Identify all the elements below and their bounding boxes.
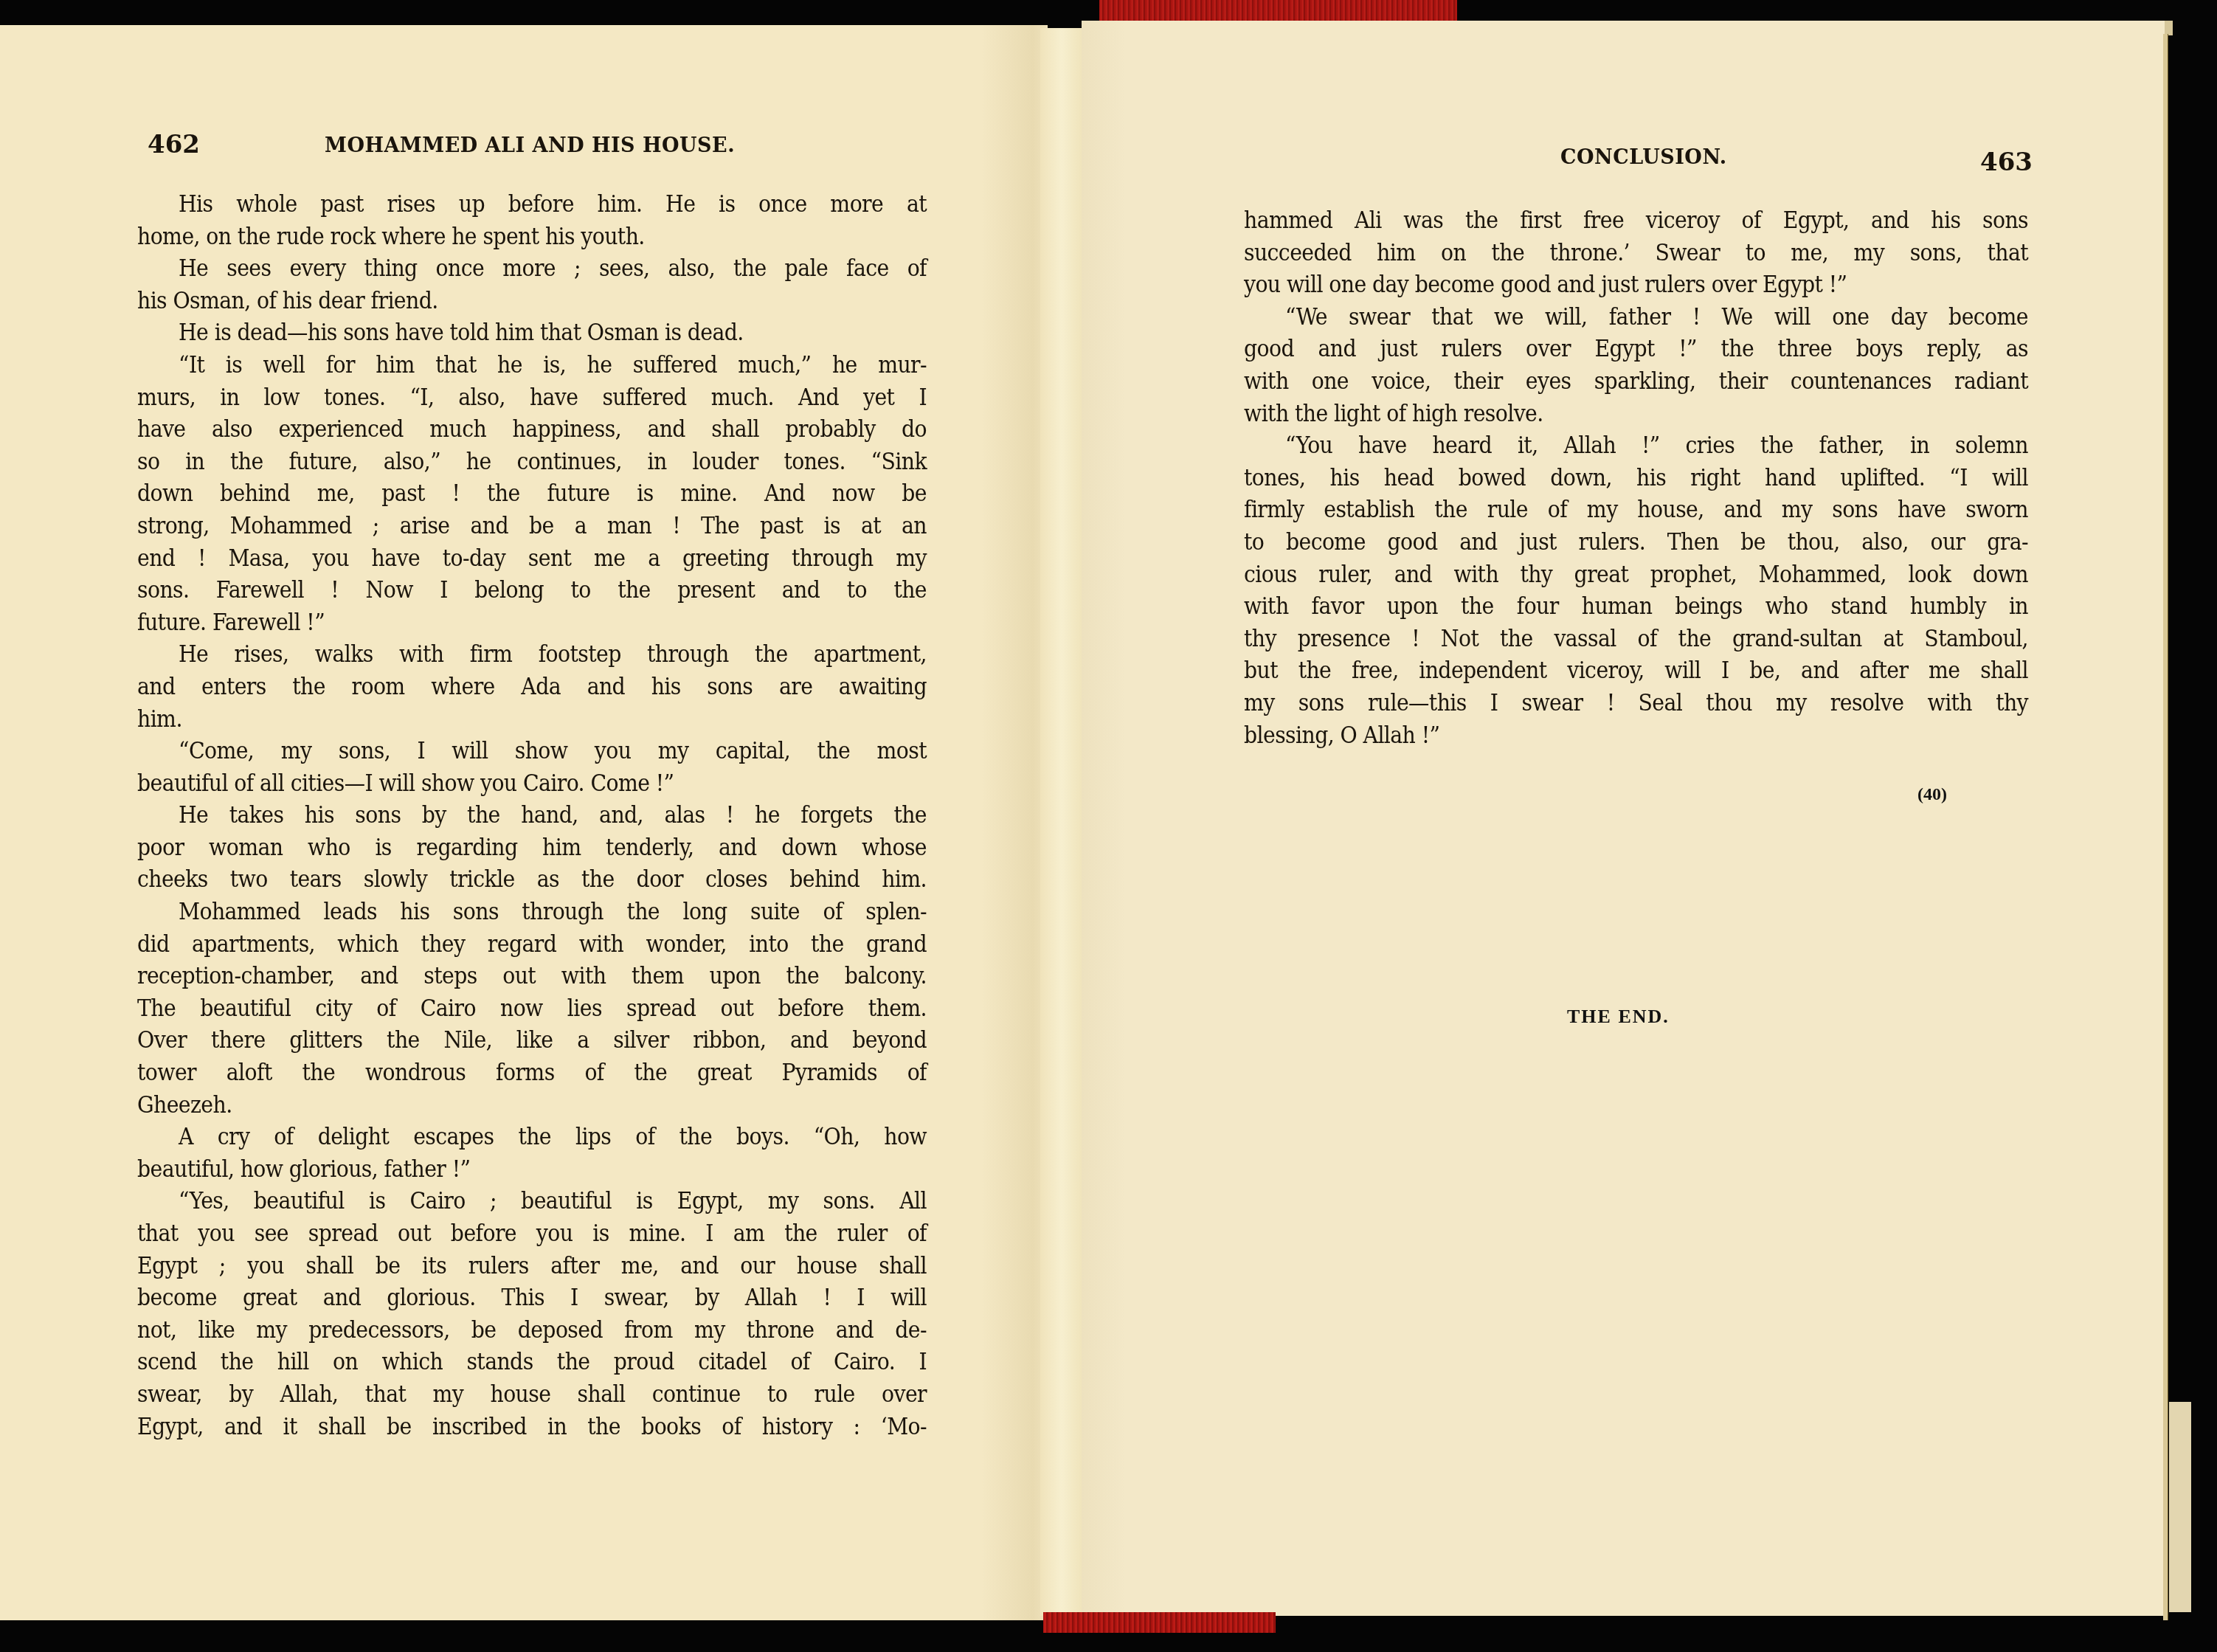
text-line: “It is well for him that he is, he suffe… <box>137 350 927 382</box>
text-line: cious ruler, and with thy great prophet,… <box>1244 559 2028 592</box>
text-line: that you see spread out before you is mi… <box>137 1218 927 1251</box>
book-gutter <box>1040 28 1085 1616</box>
text-line: to become good and just rulers. Then be … <box>1244 527 2028 559</box>
text-line: He takes his sons by the hand, and, alas… <box>137 800 927 832</box>
text-line: “Come, my sons, I will show you my capit… <box>137 736 927 768</box>
text-line: end ! Masa, you have to-day sent me a gr… <box>137 543 927 576</box>
text-line: “You have heard it, Allah !” cries the f… <box>1244 430 2028 463</box>
text-line: my sons rule—this I swear ! Seal thou my… <box>1244 688 2028 720</box>
text-line: Over there glitters the Nile, like a sil… <box>137 1025 927 1057</box>
cover-board-edge <box>2169 1402 2191 1612</box>
text-line: so in the future, also,” he continues, i… <box>137 446 927 479</box>
page-fore-edge <box>2163 34 2168 1620</box>
text-line: A cry of delight escapes the lips of the… <box>137 1122 927 1154</box>
text-line: down behind me, past ! the future is min… <box>137 478 927 511</box>
text-line: you will one day become good and just ru… <box>1244 269 2028 302</box>
text-line: his Osman, of his dear friend. <box>137 286 927 318</box>
text-line: beautiful, how glorious, father !” <box>137 1154 927 1186</box>
text-line: Egypt ; you shall be its rulers after me… <box>137 1251 927 1283</box>
book-scan: 462 MOHAMMED ALI AND HIS HOUSE. His whol… <box>0 0 2217 1652</box>
text-line: have also experienced much happiness, an… <box>137 414 927 446</box>
the-end-label: THE END. <box>1567 1006 1670 1028</box>
text-line: cheeks two tears slowly trickle as the d… <box>137 864 927 896</box>
text-line: He is dead—his sons have told him that O… <box>137 317 927 350</box>
binding-spine-top <box>1099 0 1457 22</box>
text-line: succeeded him on the throne.’ Swear to m… <box>1244 238 2028 270</box>
text-line: reception-chamber, and steps out with th… <box>137 961 927 993</box>
text-line: with one voice, their eyes sparkling, th… <box>1244 366 2028 398</box>
text-line: him. <box>137 704 927 736</box>
text-line: sons. Farewell ! Now I belong to the pre… <box>137 575 927 607</box>
right-page: CONCLUSION. 463 hammed Ali was the first… <box>1082 21 2165 1616</box>
text-line: His whole past rises up before him. He i… <box>137 189 927 221</box>
text-line: good and just rulers over Egypt !” the t… <box>1244 333 2028 366</box>
text-line: blessing, O Allah !” <box>1244 720 2028 753</box>
text-line: but the free, independent viceroy, will … <box>1244 655 2028 688</box>
text-line: with the light of high resolve. <box>1244 398 2028 431</box>
text-line: strong, Mohammed ; arise and be a man ! … <box>137 511 927 543</box>
text-line: He rises, walks with firm footstep throu… <box>137 639 927 671</box>
text-line: Mohammed leads his sons through the long… <box>137 896 927 929</box>
text-line: not, like my predecessors, be deposed fr… <box>137 1315 927 1347</box>
left-page: 462 MOHAMMED ALI AND HIS HOUSE. His whol… <box>0 25 1048 1620</box>
text-line: home, on the rude rock where he spent hi… <box>137 221 927 254</box>
text-line: The beautiful city of Cairo now lies spr… <box>137 993 927 1026</box>
binding-spine-bottom <box>1043 1612 1276 1633</box>
text-line: Gheezeh. <box>137 1090 927 1122</box>
text-line: “We swear that we will, father ! We will… <box>1244 302 2028 334</box>
text-line: become great and glorious. This I swear,… <box>137 1282 927 1315</box>
text-line: poor woman who is regarding him tenderly… <box>137 832 927 865</box>
left-page-body: His whole past rises up before him. He i… <box>137 189 927 1443</box>
text-line: with favor upon the four human beings wh… <box>1244 591 2028 623</box>
text-line: scend the hill on which stands the proud… <box>137 1347 927 1379</box>
text-line: He sees every thing once more ; sees, al… <box>137 253 927 286</box>
text-line: tower aloft the wondrous forms of the gr… <box>137 1057 927 1090</box>
text-line: Egypt, and it shall be inscribed in the … <box>137 1411 927 1444</box>
page-number-right: 463 <box>1980 148 2033 177</box>
text-line: did apartments, which they regard with w… <box>137 929 927 961</box>
signature-mark: (40) <box>1917 785 1947 805</box>
text-line: murs, in low tones. “I, also, have suffe… <box>137 382 927 415</box>
text-line: firmly establish the rule of my house, a… <box>1244 494 2028 527</box>
text-line: and enters the room where Ada and his so… <box>137 671 927 704</box>
text-line: hammed Ali was the first free viceroy of… <box>1244 205 2028 238</box>
running-head-right: CONCLUSION. <box>1560 146 1727 169</box>
right-page-body: hammed Ali was the first free viceroy of… <box>1244 205 2028 752</box>
text-line: tones, his head bowed down, his right ha… <box>1244 463 2028 495</box>
text-line: “Yes, beautiful is Cairo ; beautiful is … <box>137 1186 927 1218</box>
text-line: beautiful of all cities—I will show you … <box>137 768 927 801</box>
text-line: swear, by Allah, that my house shall con… <box>137 1379 927 1411</box>
text-line: future. Farewell !” <box>137 607 927 640</box>
running-head-left: MOHAMMED ALI AND HIS HOUSE. <box>325 134 735 157</box>
page-number-left: 462 <box>148 130 200 159</box>
text-line: thy presence ! Not the vassal of the gra… <box>1244 623 2028 656</box>
